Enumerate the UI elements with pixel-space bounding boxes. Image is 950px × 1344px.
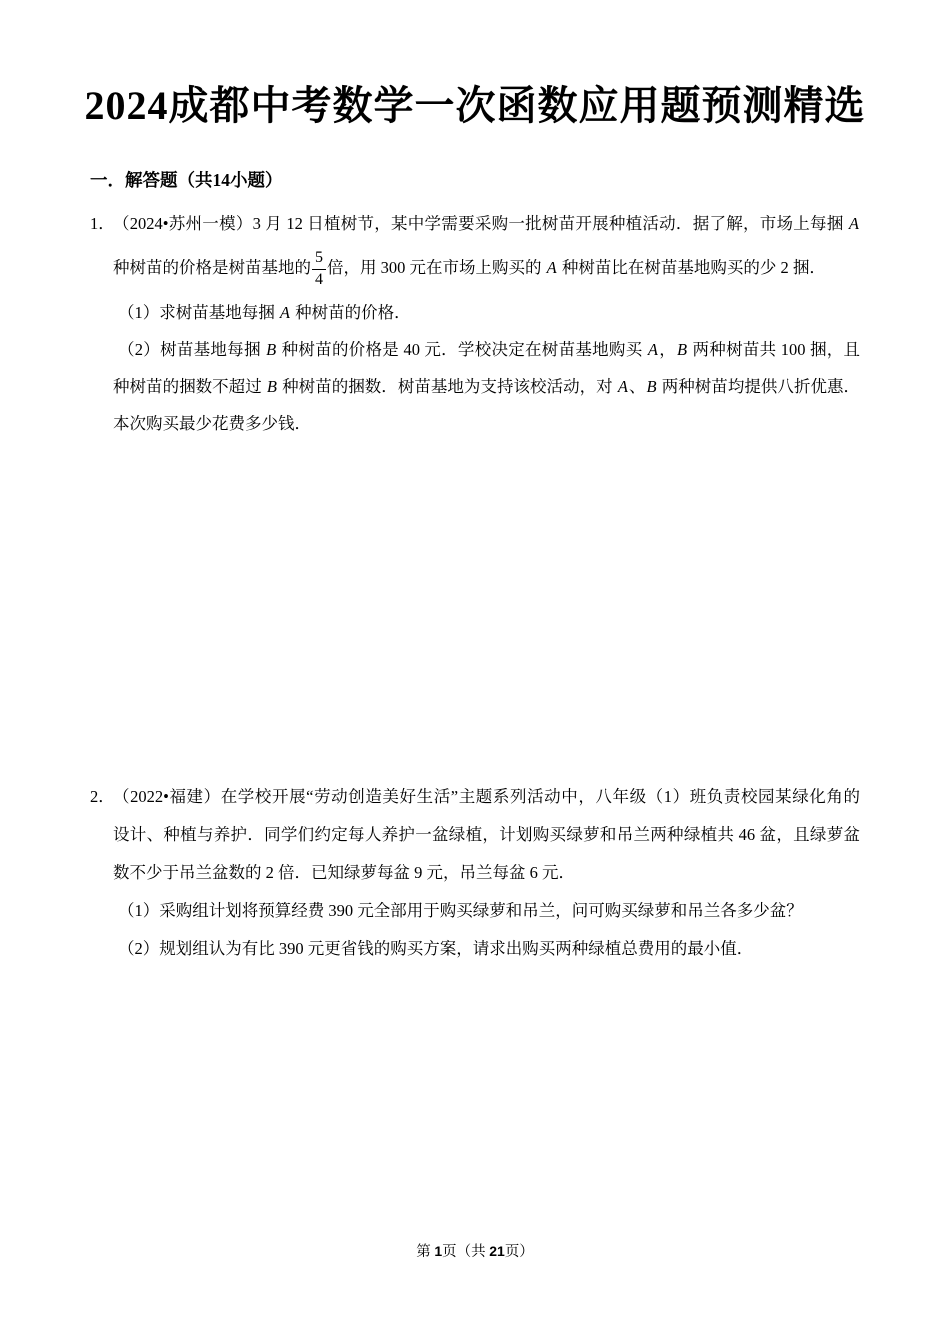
fraction-numerator: 5 xyxy=(312,249,326,269)
subquestion-text: 种树苗的价格是 40 元．学校决定在树苗基地购买 xyxy=(277,340,647,359)
fraction-5-4: 54 xyxy=(312,249,326,289)
question-2-subquestion-1: （1）采购组计划将预算经费 390 元全部用于购买绿萝和吊兰，问可购买绿萝和吊兰… xyxy=(113,892,860,930)
question-2-line-1: （2022•福建）在学校开展“劳动创造美好生活”主题系列活动中，八年级（1）班负… xyxy=(113,778,860,816)
math-variable-b: B xyxy=(676,340,688,359)
subquestion-text: （2）树苗基地每捆 xyxy=(118,340,265,359)
math-variable-a: A xyxy=(647,340,659,359)
question-1-subquestion-2-line-2: 种树苗的捆数不超过 B 种树苗的捆数．树苗基地为支持该校活动，对 A、B 两种树… xyxy=(113,368,860,405)
question-2-line-2: 设计、种植与养护．同学们约定每人养护一盆绿植，计划购买绿萝和吊兰两种绿植共 46… xyxy=(113,816,860,854)
subquestion-text: 、 xyxy=(629,377,646,396)
question-1-subquestion-1: （1）求树苗基地每捆 A 种树苗的价格． xyxy=(113,294,860,331)
question-1-body: （2024•苏州一模）3 月 12 日植树节，某中学需要采购一批树苗开展种植活动… xyxy=(113,205,860,442)
math-variable-a: A xyxy=(848,214,860,233)
subquestion-text: 种树苗的捆数．树苗基地为支持该校活动，对 xyxy=(278,377,617,396)
subquestion-text: （1）求树苗基地每捆 xyxy=(118,303,279,322)
subquestion-text: 两种树苗共 100 捆，且 xyxy=(688,340,860,359)
document-page: 2024成都中考数学一次函数应用题预测精选 一．解答题（共14小题） 1． （2… xyxy=(0,0,950,1344)
section-heading: 一．解答题（共14小题） xyxy=(90,168,283,192)
question-1: 1． （2024•苏州一模）3 月 12 日植树节，某中学需要采购一批树苗开展种… xyxy=(90,205,860,442)
question-1-line-2-pre: 种树苗的价格是树苗基地的 xyxy=(113,258,311,277)
subquestion-text: 种树苗的价格． xyxy=(291,303,411,322)
math-variable-a: A xyxy=(546,258,558,277)
footer-suffix: 页） xyxy=(505,1244,534,1260)
question-1-line-2-post: 种树苗比在树苗基地购买的少 2 捆． xyxy=(558,258,826,277)
question-2-line-3: 数不少于吊兰盆数的 2 倍．已知绿萝每盆 9 元，吊兰每盆 6 元． xyxy=(113,854,860,892)
question-1-line-2-mid: 倍，用 300 元在市场上购买的 xyxy=(327,258,546,277)
math-variable-b: B xyxy=(265,340,277,359)
question-2-body: （2022•福建）在学校开展“劳动创造美好生活”主题系列活动中，八年级（1）班负… xyxy=(113,778,860,968)
math-variable-a: A xyxy=(279,303,291,322)
question-2-subquestion-2: （2）规划组认为有比 390 元更省钱的购买方案，请求出购买两种绿植总费用的最小… xyxy=(113,930,860,968)
fraction-denominator: 4 xyxy=(315,270,323,289)
page-number: 1 xyxy=(434,1243,442,1259)
math-variable-a: A xyxy=(617,377,629,396)
question-1-subquestion-2-line-1: （2）树苗基地每捆 B 种树苗的价格是 40 元．学校决定在树苗基地购买 A，B… xyxy=(113,331,860,368)
subquestion-text: 种树苗的捆数不超过 xyxy=(113,377,266,396)
page-footer: 第 1页（共 21页） xyxy=(0,1241,950,1262)
footer-middle: 页（共 xyxy=(442,1244,489,1260)
math-variable-b: B xyxy=(266,377,278,396)
math-variable-b: B xyxy=(645,377,657,396)
question-1-line-2: 种树苗的价格是树苗基地的54倍，用 300 元在市场上购买的 A 种树苗比在树苗… xyxy=(113,242,860,294)
subquestion-text: ， xyxy=(659,340,676,359)
question-1-line-1: （2024•苏州一模）3 月 12 日植树节，某中学需要采购一批树苗开展种植活动… xyxy=(113,205,860,242)
total-pages: 21 xyxy=(489,1243,505,1259)
question-1-line-1-text: （2024•苏州一模）3 月 12 日植树节，某中学需要采购一批树苗开展种植活动… xyxy=(113,214,848,233)
question-2-number: 2． xyxy=(90,778,113,816)
question-2: 2． （2022•福建）在学校开展“劳动创造美好生活”主题系列活动中，八年级（1… xyxy=(90,778,860,968)
question-1-number: 1． xyxy=(90,205,113,242)
question-1-subquestion-2-line-3: 本次购买最少花费多少钱． xyxy=(113,405,860,442)
footer-prefix: 第 xyxy=(416,1244,434,1260)
page-title: 2024成都中考数学一次函数应用题预测精选 xyxy=(0,74,950,138)
